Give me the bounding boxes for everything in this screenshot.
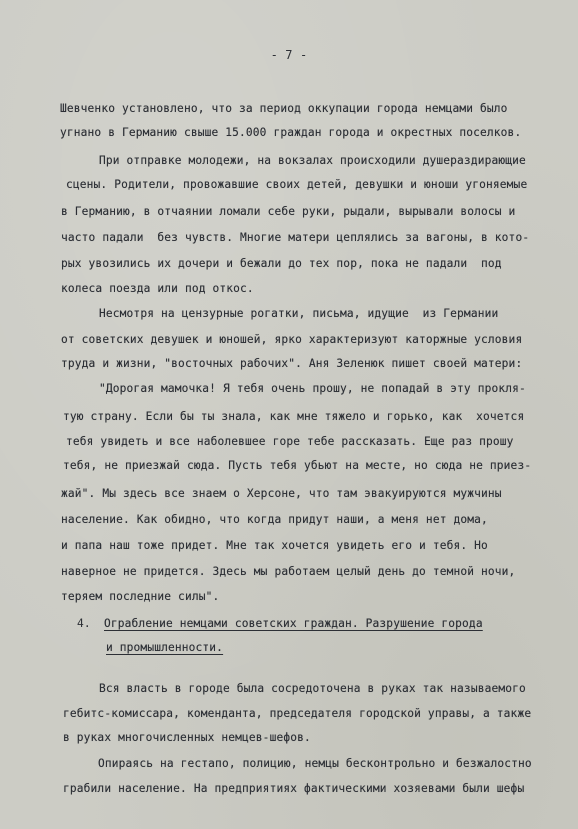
- quote-line: тебя увидеть и все наболевшее горе тебе …: [66, 435, 514, 449]
- paragraph-line: труда и жизни, "восточных рабочих". Аня …: [61, 357, 522, 371]
- paragraph-line: в руках многочисленных немцев-шефов.: [63, 731, 311, 745]
- section-number: 4.: [77, 617, 91, 631]
- document-page: - 7 - Шевченко установлено, что за перио…: [0, 0, 578, 829]
- paragraph-line: грабили население. На предприятиях факти…: [63, 782, 524, 796]
- paragraph-line: угнано в Германию свыше 15.000 граждан г…: [60, 126, 521, 140]
- paragraph-line: При отправке молодежи, на вокзалах проис…: [99, 154, 526, 168]
- paragraph-line: Опираясь на гестапо, полицию, немцы беск…: [98, 757, 532, 771]
- paragraph-line: Несмотря на цензурные рогатки, письма, и…: [99, 307, 498, 321]
- quote-line: тебя, не приезжай сюда. Пусть тебя убьют…: [63, 459, 531, 473]
- paragraph-line: Шевченко установлено, что за период окку…: [60, 102, 508, 116]
- paragraph-line: часто падали без чувств. Многие матери ц…: [61, 231, 529, 245]
- paragraph-line: колеса поезда или под откос.: [61, 282, 254, 296]
- paragraph-line: от советских девушек и юношей, ярко хара…: [61, 333, 522, 347]
- section-title-line: Ограбление немцами советских граждан. Ра…: [104, 617, 483, 631]
- section-title-line: и промышленности.: [106, 641, 223, 655]
- quote-line: наверное не придется. Здесь мы работаем …: [61, 565, 515, 579]
- page-number: - 7 -: [0, 48, 578, 62]
- quote-line: и папа наш тоже придет. Мне так хочется …: [61, 539, 488, 553]
- paragraph-line: гебитс-комиссара, коменданта, председате…: [63, 707, 531, 721]
- paragraph-line: Вся власть в городе была сосредоточена в…: [99, 682, 526, 696]
- paragraph-line: в Германию, в отчаянии ломали себе руки,…: [61, 205, 515, 219]
- quote-line: тую страну. Если бы ты знала, как мне тя…: [63, 410, 524, 424]
- paragraph-line: рых увозились их дочери и бежали до тех …: [61, 257, 502, 271]
- quote-line: "Дорогая мамочка! Я тебя очень прошу, не…: [99, 382, 526, 396]
- paragraph-line: сцены. Родители, провожавшие своих детей…: [66, 178, 527, 192]
- quote-line: население. Как обидно, что когда придут …: [61, 513, 488, 527]
- quote-line: жай". Мы здесь все знаем о Херсоне, что …: [61, 487, 502, 501]
- quote-line: теряем последние силы".: [61, 590, 219, 604]
